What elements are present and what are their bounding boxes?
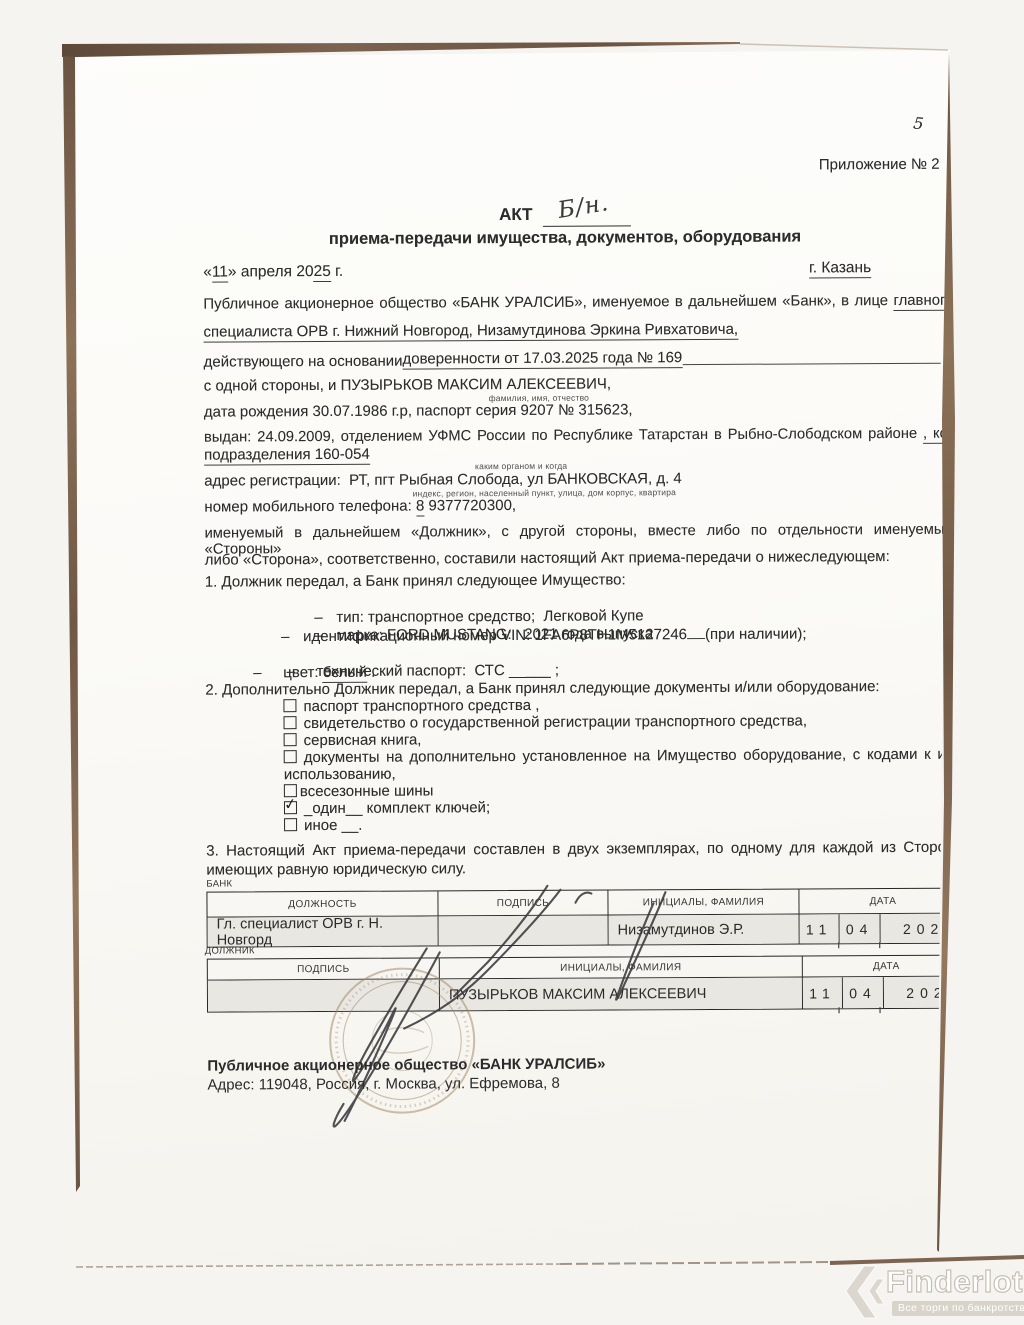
watermark-layer [0, 0, 1024, 1325]
finderlot-watermark-tagline: Все торги по банкротству [892, 1301, 1024, 1316]
finderlot-logo-icon [846, 1266, 884, 1318]
photo-of-document: 5 Приложение № 2 АКТ Б/н. приема-передач… [0, 0, 1024, 1325]
finderlot-watermark-brand: Finderlot [886, 1264, 1023, 1300]
